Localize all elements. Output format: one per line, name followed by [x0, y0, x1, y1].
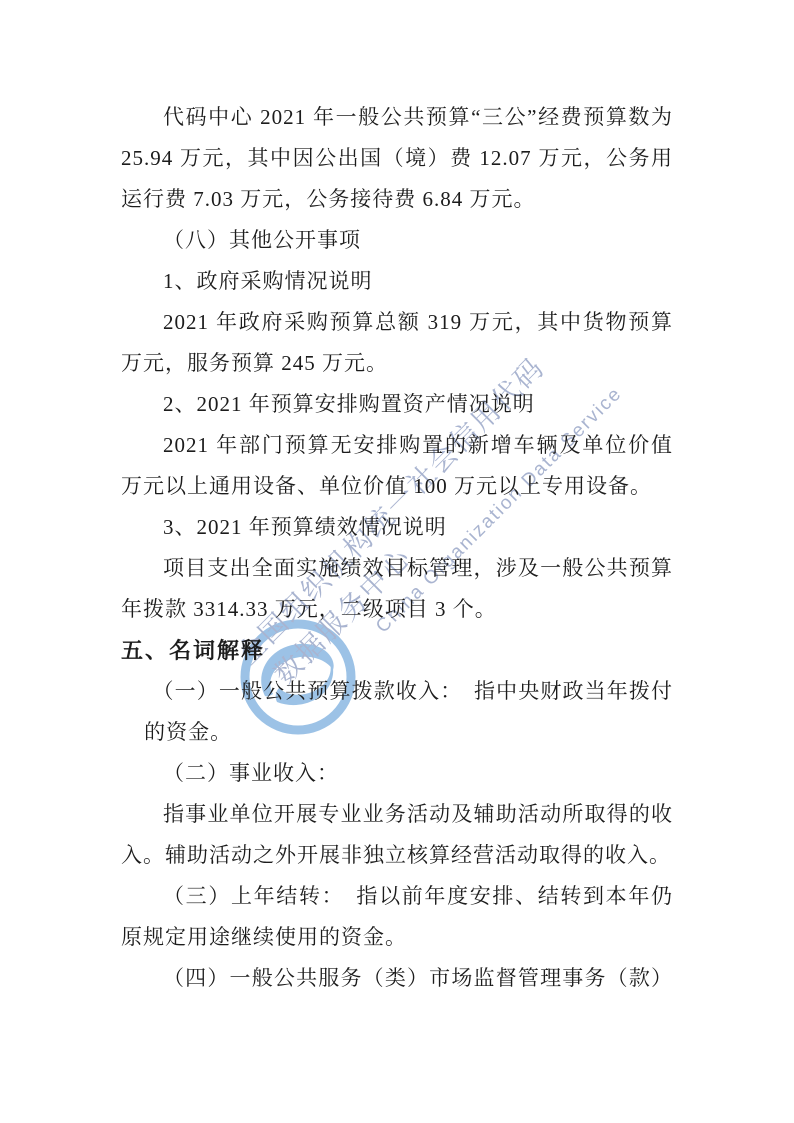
- para-heading-procurement: 1、政府采购情况说明: [121, 261, 673, 302]
- text-line: （二）事业收入：: [121, 753, 673, 794]
- text-line: 指事业单位开展专业业务活动及辅助活动所取得的收: [121, 794, 673, 835]
- para-heading-asset-purchase: 2、2021 年预算安排购置资产情况说明: [121, 384, 673, 425]
- text-line: 原规定用途继续使用的资金。: [121, 917, 673, 958]
- text-line: 的资金。: [121, 712, 673, 753]
- text-line: 入。辅助活动之外开展非独立核算经营活动取得的收入。: [121, 835, 673, 876]
- para-performance: 项目支出全面实施绩效目标管理，涉及一般公共预算当年拨款 3314.33 万元，二…: [121, 548, 673, 630]
- para-term-4: （四）一般公共服务（类）市场监督管理事务（款）事: [121, 958, 673, 999]
- para-heading-other-items: （八）其他公开事项: [121, 220, 673, 261]
- text-line: 万元以上通用设备、单位价值 100 万元以上专用设备。: [121, 466, 673, 507]
- text-line: 2、2021 年预算安排购置资产情况说明: [121, 384, 673, 425]
- text-line: 年拨款 3314.33 万元，二级项目 3 个。: [121, 589, 673, 630]
- text-line: 2021 年政府采购预算总额 319 万元，其中货物预算 74: [121, 302, 673, 343]
- para-sangong-budget: 代码中心 2021 年一般公共预算“三公”经费预算数为25.94 万元，其中因公…: [121, 97, 673, 220]
- text-line: 2021 年部门预算无安排购置的新增车辆及单位价值 50: [121, 425, 673, 466]
- para-procurement: 2021 年政府采购预算总额 319 万元，其中货物预算 74万元，服务预算 2…: [121, 302, 673, 384]
- text-line: 代码中心 2021 年一般公共预算“三公”经费预算数为: [121, 97, 673, 138]
- text-line: 1、政府采购情况说明: [121, 261, 673, 302]
- text-line: （一）一般公共预算拨款收入： 指中央财政当年拨付: [121, 671, 673, 712]
- section-heading: 五、名词解释: [121, 630, 673, 671]
- para-asset-purchase: 2021 年部门预算无安排购置的新增车辆及单位价值 50万元以上通用设备、单位价…: [121, 425, 673, 507]
- text-line: 3、2021 年预算绩效情况说明: [121, 507, 673, 548]
- text-line: 25.94 万元，其中因公出国（境）费 12.07 万元，公务用车: [121, 138, 673, 179]
- para-term-2-title: （二）事业收入：: [121, 753, 673, 794]
- text-line: 项目支出全面实施绩效目标管理，涉及一般公共预算当: [121, 548, 673, 589]
- para-term-2-body: 指事业单位开展专业业务活动及辅助活动所取得的收入。辅助活动之外开展非独立核算经营…: [121, 794, 673, 876]
- para-term-3: （三）上年结转： 指以前年度安排、结转到本年仍按原规定用途继续使用的资金。: [121, 876, 673, 958]
- text-line: 运行费 7.03 万元，公务接待费 6.84 万元。: [121, 179, 673, 220]
- para-heading-performance: 3、2021 年预算绩效情况说明: [121, 507, 673, 548]
- para-term-1: （一）一般公共预算拨款收入： 指中央财政当年拨付的资金。: [121, 671, 673, 753]
- document-page: 全国组织机构统一社会信用代码 数据服务中心 China Organization…: [0, 0, 794, 1123]
- text-line: （八）其他公开事项: [121, 220, 673, 261]
- text-line: 万元，服务预算 245 万元。: [121, 343, 673, 384]
- text-line: （三）上年结转： 指以前年度安排、结转到本年仍按: [121, 876, 673, 917]
- text-line: （四）一般公共服务（类）市场监督管理事务（款）事: [121, 958, 673, 999]
- document-body: 代码中心 2021 年一般公共预算“三公”经费预算数为25.94 万元，其中因公…: [121, 97, 673, 999]
- section-heading-glossary: 五、名词解释: [121, 630, 673, 671]
